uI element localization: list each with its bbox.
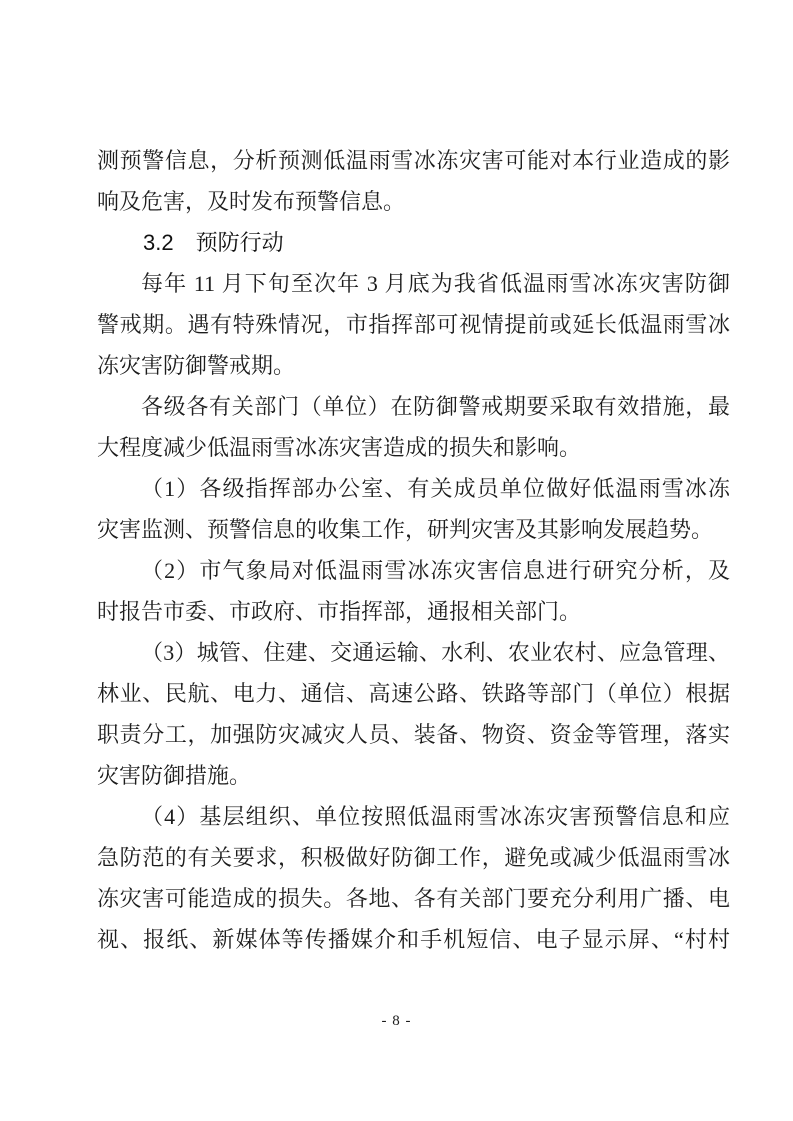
paragraph-line: 冻灾害防御警戒期。: [97, 345, 730, 386]
page-number: - 8 -: [382, 1013, 412, 1029]
paragraph-line: 测预警信息，分析预测低温雨雪冰冻灾害可能对本行业造成的影: [97, 140, 730, 181]
paragraph-line: （4）基层组织、单位按照低温雨雪冰冻灾害预警信息和应: [97, 796, 730, 837]
paragraph-line: 大程度减少低温雨雪冰冻灾害造成的损失和影响。: [97, 427, 730, 468]
paragraph-line: 视、报纸、新媒体等传播媒介和手机短信、电子显示屏、“村村: [97, 919, 730, 960]
paragraph-line: （1）各级指挥部办公室、有关成员单位做好低温雨雪冰冻: [97, 468, 730, 509]
paragraph-line: 急防范的有关要求，积极做好防御工作，避免或减少低温雨雪冰: [97, 837, 730, 878]
paragraph-line: 每年 11 月下旬至次年 3 月底为我省低温雨雪冰冻灾害防御: [97, 263, 730, 304]
paragraph-line: 各级各有关部门（单位）在防御警戒期要采取有效措施，最: [97, 386, 730, 427]
section-heading: 3.2 预防行动: [97, 222, 730, 263]
paragraph-line: 响及危害，及时发布预警信息。: [97, 181, 730, 222]
page-footer: - 8 -: [0, 1012, 793, 1030]
paragraph-line: 时报告市委、市政府、市指挥部，通报相关部门。: [97, 591, 730, 632]
document-page: 测预警信息，分析预测低温雨雪冰冻灾害可能对本行业造成的影响及危害，及时发布预警信…: [0, 0, 793, 1121]
paragraph-line: （3）城管、住建、交通运输、水利、农业农村、应急管理、: [97, 632, 730, 673]
paragraph-line: 灾害防御措施。: [97, 755, 730, 796]
paragraph-line: 警戒期。遇有特殊情况，市指挥部可视情提前或延长低温雨雪冰: [97, 304, 730, 345]
paragraph-line: 林业、民航、电力、通信、高速公路、铁路等部门（单位）根据: [97, 673, 730, 714]
paragraph-line: 冻灾害可能造成的损失。各地、各有关部门要充分利用广播、电: [97, 878, 730, 919]
paragraph-line: 职责分工，加强防灾减灾人员、装备、物资、资金等管理，落实: [97, 714, 730, 755]
document-body: 测预警信息，分析预测低温雨雪冰冻灾害可能对本行业造成的影响及危害，及时发布预警信…: [97, 140, 730, 960]
paragraph-line: （2）市气象局对低温雨雪冰冻灾害信息进行研究分析，及: [97, 550, 730, 591]
paragraph-line: 灾害监测、预警信息的收集工作，研判灾害及其影响发展趋势。: [97, 509, 730, 550]
